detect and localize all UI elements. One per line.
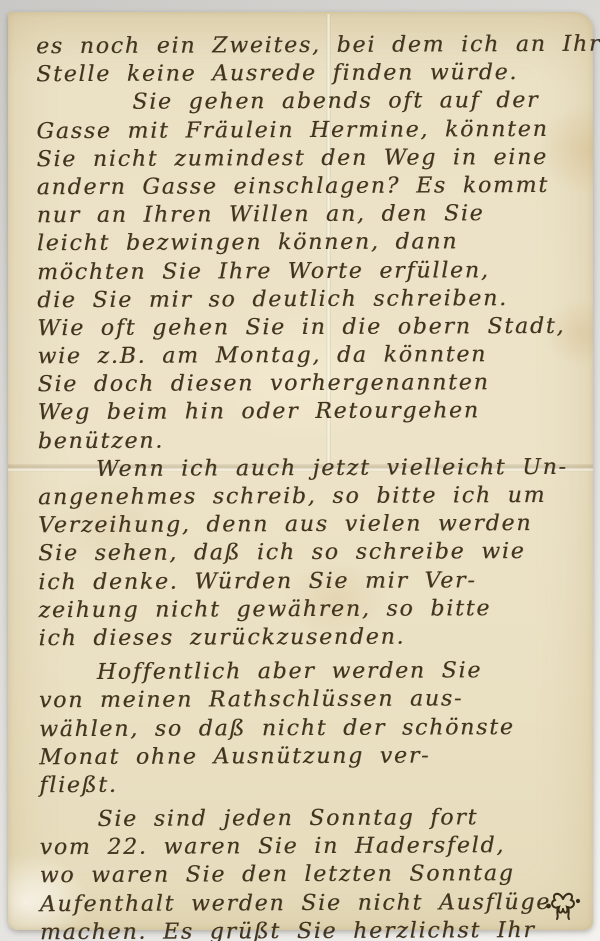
letter-line-25: wählen, so daß nicht der schönste bbox=[39, 713, 587, 744]
letter-line-27: fließt. bbox=[39, 770, 587, 801]
monogram-right-dot bbox=[576, 899, 580, 903]
signature-monogram-icon bbox=[545, 888, 581, 922]
letter-line-17: angenehmes schreib, so bitte ich um bbox=[38, 482, 586, 513]
letter-line-8: leicht bezwingen können, dann bbox=[37, 228, 585, 259]
letter-line-22: ich dieses zurückzusenden. bbox=[39, 623, 587, 654]
letter-line-30: wo waren Sie den letzten Sonntag bbox=[40, 860, 588, 891]
letter-line-15: benützen. bbox=[38, 425, 586, 456]
letter-line-23: Hoffentlich aber werden Sie bbox=[39, 657, 587, 688]
letter-line-13: Sie doch diesen vorhergenannten bbox=[37, 369, 585, 400]
letter-line-24: von meinen Rathschlüssen aus- bbox=[39, 685, 587, 716]
letter-line-11: Wie oft gehen Sie in die obern Stadt, bbox=[37, 313, 585, 344]
letter-line-21: zeihung nicht gewähren, so bitte bbox=[38, 595, 586, 626]
letter-line-10: die Sie mir so deutlich schreiben. bbox=[37, 284, 585, 315]
letter-line-6: andern Gasse einschlagen? Es kommt bbox=[37, 172, 585, 203]
letter-paper: es noch ein Zweites, bei dem ich an Ihre… bbox=[8, 12, 593, 930]
letter-line-28: Sie sind jeden Sonntag fort bbox=[39, 804, 587, 835]
monogram-left-dot bbox=[546, 904, 551, 909]
letter-line-16: Wenn ich auch jetzt vielleicht Un- bbox=[38, 454, 586, 485]
letter-line-3: Sie gehen abends oft auf der bbox=[36, 87, 584, 118]
letter-line-26: Monat ohne Ausnützung ver- bbox=[39, 741, 587, 772]
letter-line-7: nur an Ihren Willen an, den Sie bbox=[37, 200, 585, 231]
letter-line-5: Sie nicht zumindest den Weg in eine bbox=[37, 144, 585, 175]
letter-line-4: Gasse mit Fräulein Hermine, könnten bbox=[36, 115, 584, 146]
letter-line-29: vom 22. waren Sie in Hadersfeld, bbox=[40, 832, 588, 863]
letter-line-20: ich denke. Würden Sie mir Ver- bbox=[38, 566, 586, 597]
letter-line-14: Weg beim hin oder Retourgehen bbox=[38, 397, 586, 428]
scanned-letter-photo: es noch ein Zweites, bei dem ich an Ihre… bbox=[0, 0, 600, 941]
letter-body: es noch ein Zweites, bei dem ich an Ihre… bbox=[36, 31, 588, 941]
letter-line-18: Verzeihung, denn aus vielen werden bbox=[38, 510, 586, 541]
letter-line-1: es noch ein Zweites, bei dem ich an Ihre… bbox=[36, 31, 584, 62]
letter-line-19: Sie sehen, daß ich so schreibe wie bbox=[38, 538, 586, 569]
letter-line-31: Aufenthalt werden Sie nicht Ausflüge bbox=[40, 888, 588, 919]
letter-line-9: möchten Sie Ihre Worte erfüllen, bbox=[37, 256, 585, 287]
letter-line-12: wie z.B. am Montag, da könnten bbox=[37, 341, 585, 372]
letter-line-32: machen. Es grüßt Sie herzlichst Ihr bbox=[40, 917, 588, 941]
letter-line-2: Stelle keine Ausrede finden würde. bbox=[36, 59, 584, 90]
